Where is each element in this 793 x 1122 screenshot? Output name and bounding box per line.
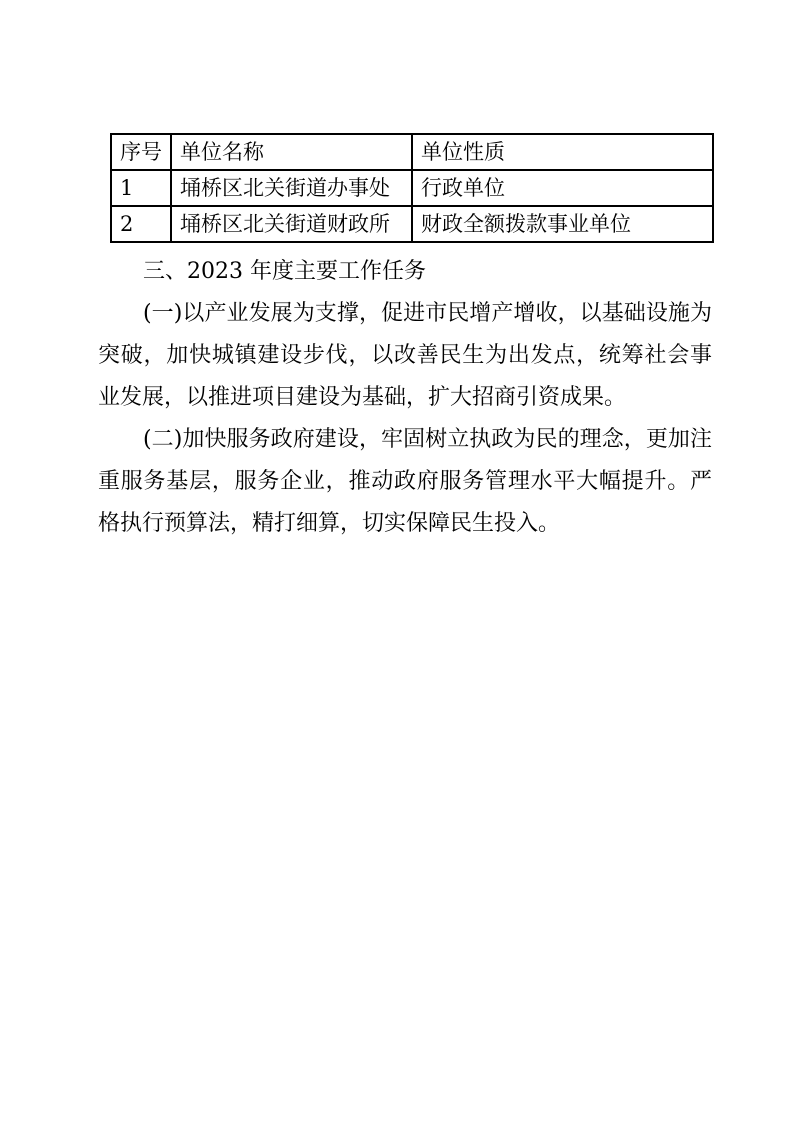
table-header-cell-index: 序号 <box>111 134 171 170</box>
table-header-cell-nature: 单位性质 <box>412 134 713 170</box>
table-cell-index: 2 <box>111 206 171 242</box>
paragraph: (一)以产业发展为支撑，促进市民增产增收，以基础设施为突破，加快城镇建设步伐，以… <box>98 293 712 419</box>
document-page: 序号 单位名称 单位性质 1 埇桥区北关街道办事处 行政单位 2 埇桥区北关街道… <box>0 0 793 1122</box>
table-row: 2 埇桥区北关街道财政所 财政全额拨款事业单位 <box>111 206 713 242</box>
table-cell-nature: 行政单位 <box>412 170 713 206</box>
section-heading: 三、2023 年度主要工作任务 <box>98 251 712 293</box>
document-body: 三、2023 年度主要工作任务 (一)以产业发展为支撑，促进市民增产增收，以基础… <box>98 251 712 545</box>
table-header-row: 序号 单位名称 单位性质 <box>111 134 713 170</box>
table-cell-nature: 财政全额拨款事业单位 <box>412 206 713 242</box>
table-row: 1 埇桥区北关街道办事处 行政单位 <box>111 170 713 206</box>
table-header-cell-name: 单位名称 <box>171 134 412 170</box>
paragraph: (二)加快服务政府建设，牢固树立执政为民的理念，更加注重服务基层，服务企业，推动… <box>98 419 712 545</box>
units-table: 序号 单位名称 单位性质 1 埇桥区北关街道办事处 行政单位 2 埇桥区北关街道… <box>110 133 714 243</box>
table-cell-index: 1 <box>111 170 171 206</box>
table-cell-name: 埇桥区北关街道办事处 <box>171 170 412 206</box>
table-cell-name: 埇桥区北关街道财政所 <box>171 206 412 242</box>
